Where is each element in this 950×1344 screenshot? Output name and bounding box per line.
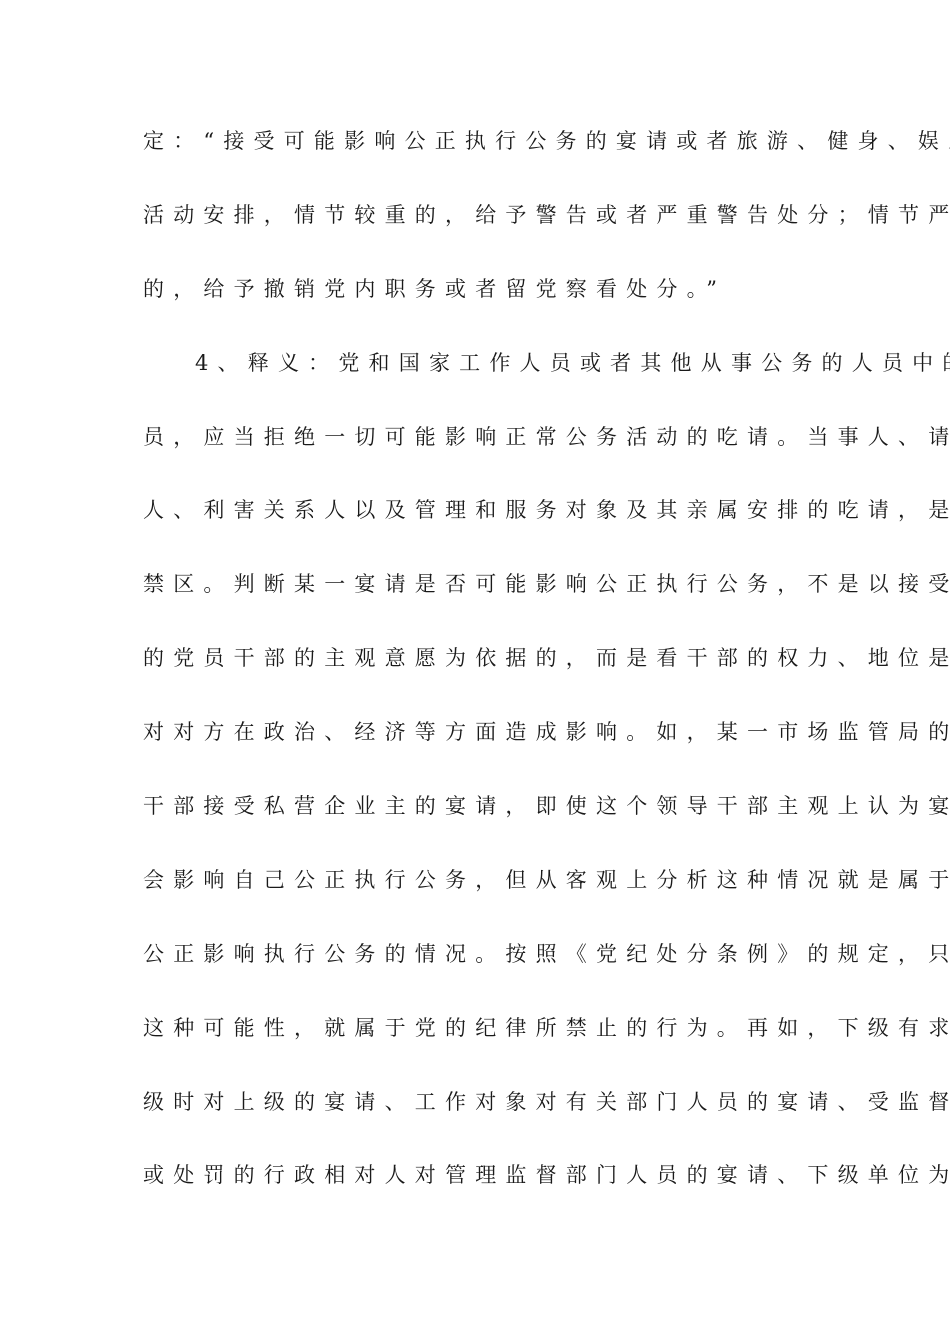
text-line: 定：“接受可能影响公正执行公务的宴请或者旅游、健身、娱乐等 — [143, 126, 807, 200]
text-line: 的，给予撤销党内职务或者留党察看处分。” — [143, 274, 807, 348]
document-page: 定：“接受可能影响公正执行公务的宴请或者旅游、健身、娱乐等 活动安排，情节较重的… — [0, 0, 950, 1344]
text-line: 或处罚的行政相对人对管理监督部门人员的宴请、下级单位为了获 — [143, 1160, 807, 1234]
text-line: 的党员干部的主观意愿为依据的，而是看干部的权力、地位是否会 — [143, 643, 807, 717]
text-line: 员，应当拒绝一切可能影响正常公务活动的吃请。当事人、请托 — [143, 422, 807, 496]
text-line: 公正影响执行公务的情况。按照《党纪处分条例》的规定，只要有 — [143, 939, 807, 1013]
text-line: 对对方在政治、经济等方面造成影响。如，某一市场监管局的领导 — [143, 717, 807, 791]
text-line: 禁区。判断某一宴请是否可能影响公正执行公务，不是以接受吃请 — [143, 569, 807, 643]
text-line: 这种可能性，就属于党的纪律所禁止的行为。再如，下级有求于上 — [143, 1013, 807, 1087]
text-line: 级时对上级的宴请、工作对象对有关部门人员的宴请、受监督管理 — [143, 1087, 807, 1161]
text-line: 干部接受私营企业主的宴请，即使这个领导干部主观上认为宴请不 — [143, 791, 807, 865]
text-line: 活动安排，情节较重的，给予警告或者严重警告处分；情节严重 — [143, 200, 807, 274]
document-body: 定：“接受可能影响公正执行公务的宴请或者旅游、健身、娱乐等 活动安排，情节较重的… — [143, 126, 807, 1234]
paragraph-first-line: 4、释义：党和国家工作人员或者其他从事公务的人员中的党 — [143, 348, 807, 422]
text-line: 会影响自己公正执行公务，但从客观上分析这种情况就是属于可能 — [143, 865, 807, 939]
text-line: 人、利害关系人以及管理和服务对象及其亲属安排的吃请，是饭局 — [143, 495, 807, 569]
